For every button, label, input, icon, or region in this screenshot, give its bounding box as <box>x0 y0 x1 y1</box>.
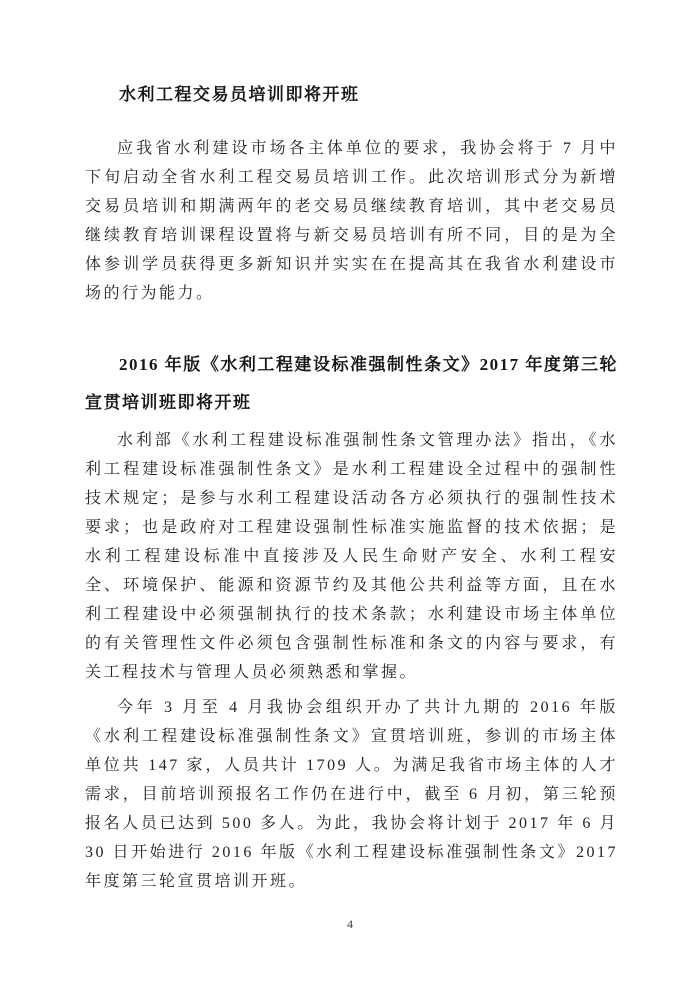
document-page: 水利工程交易员培训即将开班 应我省水利建设市场各主体单位的要求，我协会将于 7 … <box>0 0 700 990</box>
section-heading: 2016 年版《水利工程建设标准强制性条文》2017 年度第三轮宣贯培训班即将开… <box>85 346 618 422</box>
body-paragraph: 今年 3 月至 4 月我协会组织开办了共计九期的 2016 年版《水利工程建设标… <box>85 693 618 896</box>
section-heading: 水利工程交易员培训即将开班 <box>85 80 618 110</box>
section-trader-training: 水利工程交易员培训即将开班 应我省水利建设市场各主体单位的要求，我协会将于 7 … <box>85 80 618 308</box>
section-mandatory-provisions-training: 2016 年版《水利工程建设标准强制性条文》2017 年度第三轮宣贯培训班即将开… <box>85 346 618 896</box>
body-paragraph: 水利部《水利工程建设标准强制性条文管理办法》指出，《水利工程建设标准强制性条文》… <box>85 426 618 687</box>
body-paragraph: 应我省水利建设市场各主体单位的要求，我协会将于 7 月中下旬启动全省水利工程交易… <box>85 134 618 308</box>
page-number: 4 <box>0 917 700 932</box>
document-content: 水利工程交易员培训即将开班 应我省水利建设市场各主体单位的要求，我协会将于 7 … <box>85 80 618 902</box>
